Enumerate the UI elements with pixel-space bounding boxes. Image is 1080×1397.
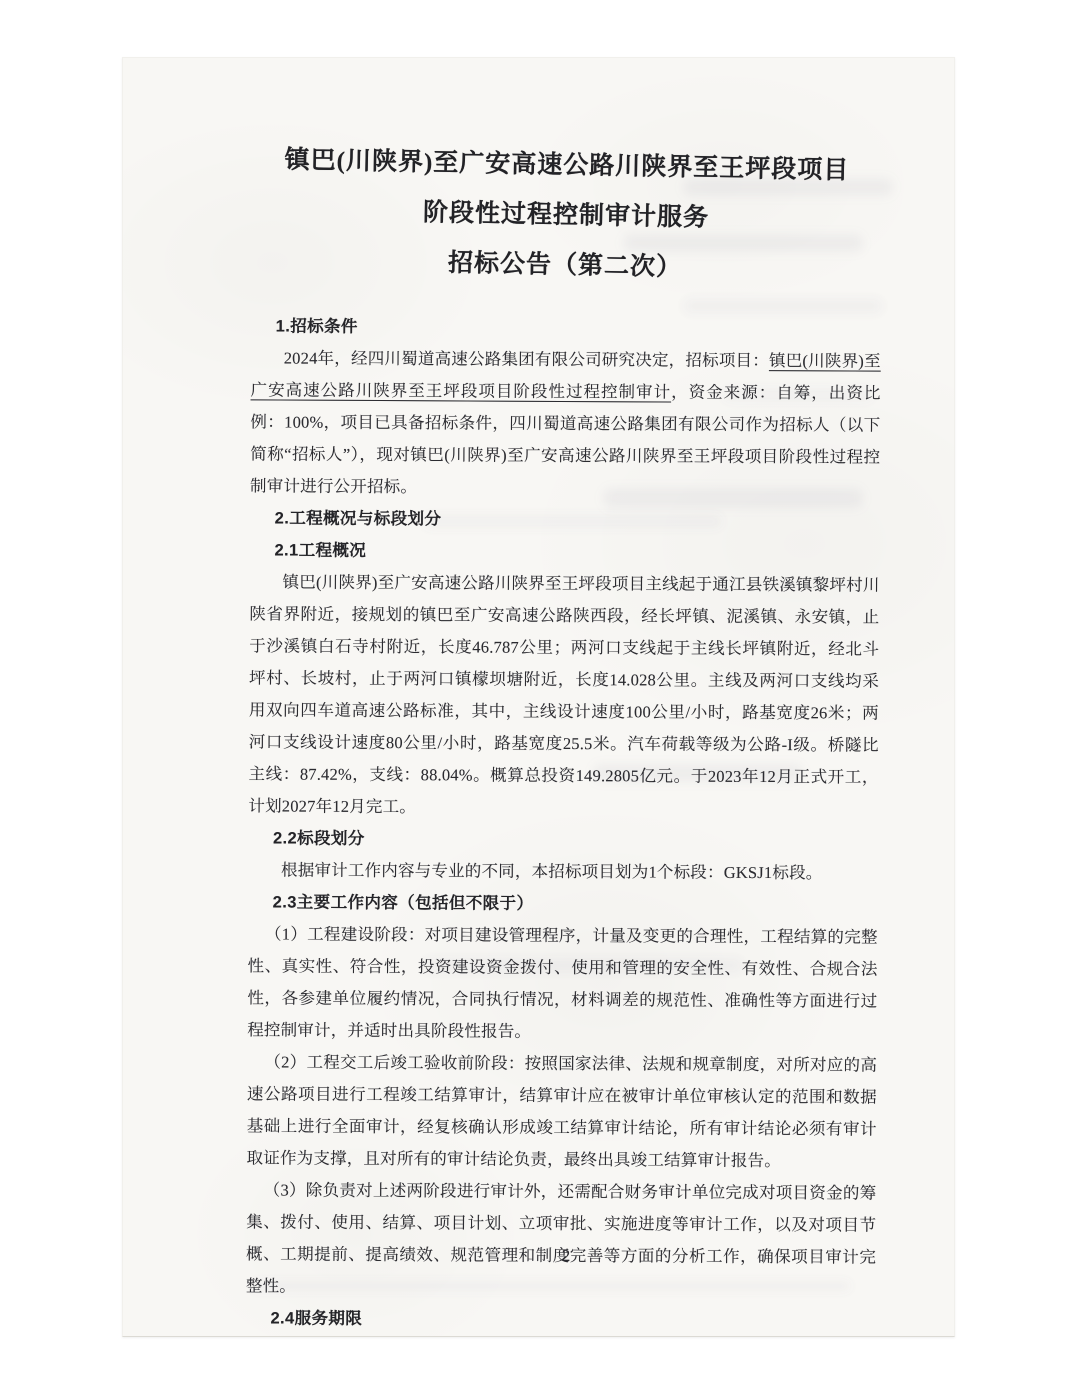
paragraph: 根据审计工作内容与专业的不同，本招标项目划为1个标段：GKSJ1标段。 xyxy=(248,854,878,889)
text-segment: 2.4服务期限 xyxy=(270,1309,362,1327)
section-heading: 2.工程概况与标段划分 xyxy=(250,502,880,537)
paragraph: （3）除负责对上述两阶段进行审计外，还需配合财务审计单位完成对项目资金的筹集、拨… xyxy=(246,1174,877,1305)
text-segment: 2024年，经四川蜀道高速公路集团有限公司研究决定，招标项目： xyxy=(284,349,769,371)
section-heading: 2.2标段划分 xyxy=(248,822,878,857)
text-segment: 1.招标条件 xyxy=(276,317,358,335)
page-content: 镇巴(川陕界)至广安高速公路川陕界至王坪段项目 阶段性过程控制审计服务 招标公告… xyxy=(251,58,881,1336)
paragraph: 2024年，经四川蜀道高速公路集团有限公司研究决定，招标项目：镇巴(川陕界)至广… xyxy=(250,342,881,505)
text-segment: 2.1工程概况 xyxy=(274,541,366,559)
scanned-page: 镇巴(川陕界)至广安高速公路川陕界至王坪段项目 阶段性过程控制审计服务 招标公告… xyxy=(122,57,955,1337)
text-segment: 根据审计工作内容与专业的不同，本招标项目划为1个标段：GKSJ1标段。 xyxy=(281,861,823,883)
text-segment: 2.3主要工作内容（包括但不限于） xyxy=(273,893,534,912)
document-title: 镇巴(川陕界)至广安高速公路川陕界至王坪段项目 阶段性过程控制审计服务 招标公告… xyxy=(250,135,883,297)
text-segment: 2.2标段划分 xyxy=(273,829,365,847)
paragraph: （1）工程建设阶段：对项目建设管理程序，计量及变更的合理性，工程结算的完整性、真… xyxy=(247,918,878,1049)
paragraph: 镇巴(川陕界)至广安高速公路川陕界至王坪段项目主线起于通江县铁溪镇黎坪村川陕省界… xyxy=(248,566,879,825)
title-line-3: 招标公告（第二次） xyxy=(250,235,881,297)
section-heading: 1.招标条件 xyxy=(251,310,881,345)
text-segment: 镇巴(川陕界)至广安高速公路川陕界至王坪段项目主线起于通江县铁溪镇黎坪村川陕省界… xyxy=(248,573,879,817)
text-segment: 2.工程概况与标段划分 xyxy=(275,509,442,528)
section-heading: 2.3主要工作内容（包括但不限于） xyxy=(248,886,878,921)
section-heading: 2.1工程概况 xyxy=(250,534,880,569)
section-heading: 2.4服务期限 xyxy=(246,1302,876,1337)
text-segment: （1）工程建设阶段：对项目建设管理程序，计量及变更的合理性，工程结算的完整性、真… xyxy=(247,924,878,1040)
page-number: 2 xyxy=(251,1246,881,1266)
paragraph: （2）工程交工后竣工验收前阶段：按照国家法律、法规和规章制度，对所对应的高速公路… xyxy=(246,1046,877,1177)
text-segment: （3）除负责对上述两阶段进行审计外，还需配合财务审计单位完成对项目资金的筹集、拨… xyxy=(246,1180,877,1295)
text-segment: （2）工程交工后竣工验收前阶段：按照国家法律、法规和规章制度，对所对应的高速公路… xyxy=(247,1052,878,1170)
document-body: 1.招标条件2024年，经四川蜀道高速公路集团有限公司研究决定，招标项目：镇巴(… xyxy=(246,310,881,1337)
